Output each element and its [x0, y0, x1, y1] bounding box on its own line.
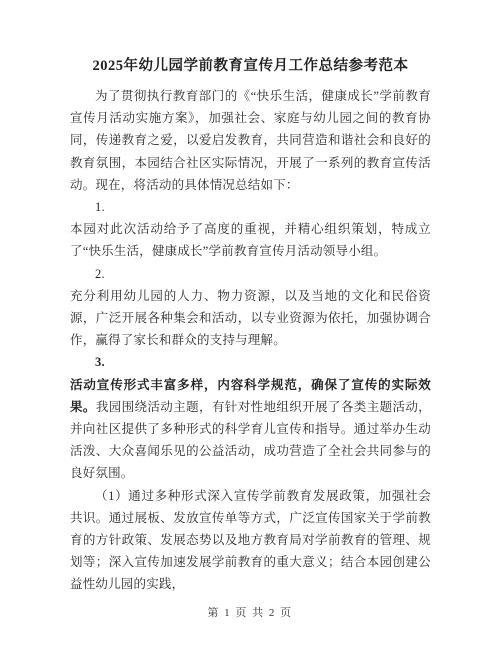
paragraph: 为了贯彻执行教育部门的《“快乐生活，健康成长”学前教育宣传月活动实施方案》，加强…	[70, 85, 431, 196]
document-title: 2025年幼儿园学前教育宣传月工作总结参考范本	[70, 56, 431, 76]
paragraph: 活动宣传形式丰富多样，内容科学规范，确保了宣传的实际效果。我园围绕活动主题，有针…	[70, 374, 431, 485]
paragraph: 2.	[70, 263, 431, 285]
document-page: 2025年幼儿园学前教育宣传月工作总结参考范本 为了贯彻执行教育部门的《“快乐生…	[0, 0, 500, 647]
document-body: 为了贯彻执行教育部门的《“快乐生活，健康成长”学前教育宣传月活动实施方案》，加强…	[70, 85, 431, 596]
bold-lead-text: 活动宣传形式丰富多样，内容科学规范，确保了宣传的实际效果。	[70, 378, 431, 414]
paragraph: 1.	[70, 196, 431, 218]
paragraph: （1）通过多种形式深入宣传学前教育发展政策，加强社会共识。通过展板、发放宣传单等…	[70, 485, 431, 596]
paragraph: 充分利用幼儿园的人力、物力资源，以及当地的文化和民俗资源，广泛开展各种集会和活动…	[70, 285, 431, 352]
paragraph: 本园对此次活动给予了高度的重视，并精心组织策划，特成立了“快乐生活，健康成长”学…	[70, 218, 431, 262]
page-footer: 第 1 页 共 2 页	[0, 604, 500, 620]
page-number-label: 第 1 页 共 2 页	[207, 607, 292, 619]
paragraph: 3.	[70, 351, 431, 373]
